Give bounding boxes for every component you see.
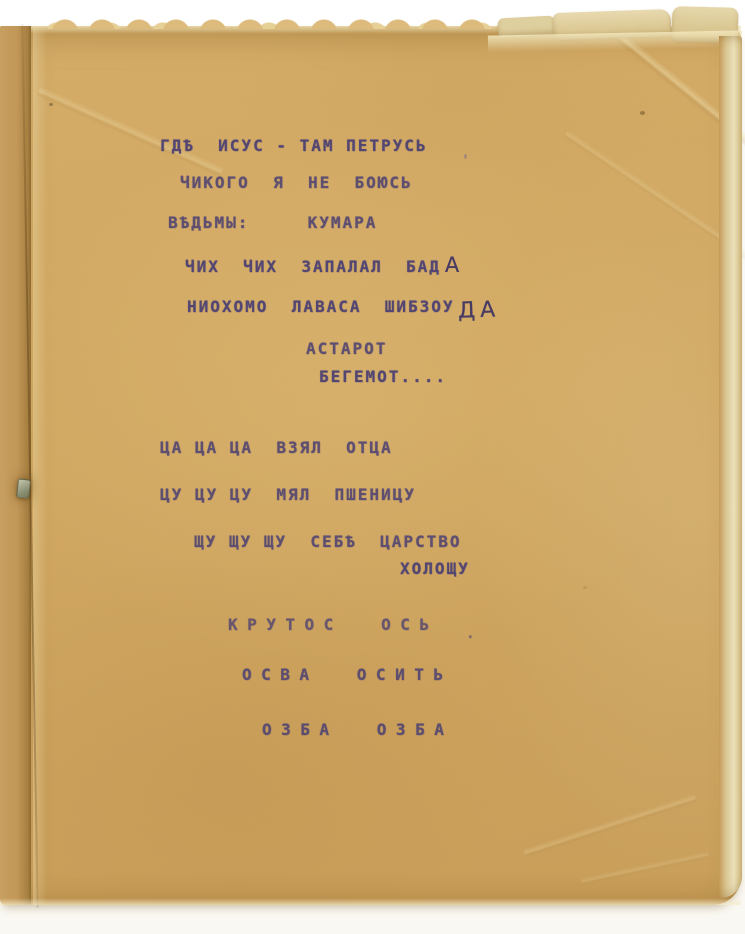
typed-text: НИОХОМО ЛАВАСА ШИБЗОУ: [187, 297, 455, 316]
poem-line-14: ОЗБА ОЗБА: [262, 721, 453, 739]
poem-line-2: ЧИКОГО Я НЕ БОЮСЬ: [180, 174, 413, 192]
poem-line-3: ВѢДЬМЫ: КУМАРА: [168, 214, 377, 232]
poem-line-6: АСТАРОТ: [306, 340, 387, 358]
poem-line-7: БЕГЕМОТ....: [319, 368, 447, 386]
poem: ГДѢ ИСУС - ТАМ ПЕТРУСЬ ЧИКОГО Я НЕ БОЮСЬ…: [0, 26, 741, 905]
poem-line-1: ГДѢ ИСУС - ТАМ ПЕТРУСЬ: [160, 137, 428, 155]
poem-line-9: ЦУ ЦУ ЦУ МЯЛ ПШЕНИЦУ: [160, 486, 416, 504]
poem-line-12: КРУТОС ОСЬ: [228, 616, 438, 634]
book-page: ГДѢ ИСУС - ТАМ ПЕТРУСЬ ЧИКОГО Я НЕ БОЮСЬ…: [0, 26, 741, 905]
poem-line-11: ХОЛОЩУ: [400, 560, 470, 578]
handwritten-letter: А: [445, 253, 459, 277]
poem-line-13: ОСВА ОСИТЬ: [242, 666, 452, 684]
poem-line-4: ЧИХ ЧИХ ЗАПАЛАЛ БАДА: [185, 253, 459, 277]
typed-text: ЧИХ ЧИХ ЗАПАЛАЛ БАД: [185, 257, 441, 276]
poem-line-10: ЩУ ЩУ ЩУ СЕБѢ ЦАРСТВО: [194, 533, 462, 551]
page-stack-right-edge: [719, 36, 742, 898]
scan-background: ГДѢ ИСУС - ТАМ ПЕТРУСЬ ЧИКОГО Я НЕ БОЮСЬ…: [0, 0, 745, 934]
poem-line-5: НИОХОМО ЛАВАСА ШИБЗОУДА: [187, 293, 500, 318]
ink-dot: .: [466, 626, 474, 642]
poem-line-8: ЦА ЦА ЦА ВЗЯЛ ОТЦА: [160, 439, 393, 457]
handwritten-letters: ДА: [457, 297, 500, 324]
